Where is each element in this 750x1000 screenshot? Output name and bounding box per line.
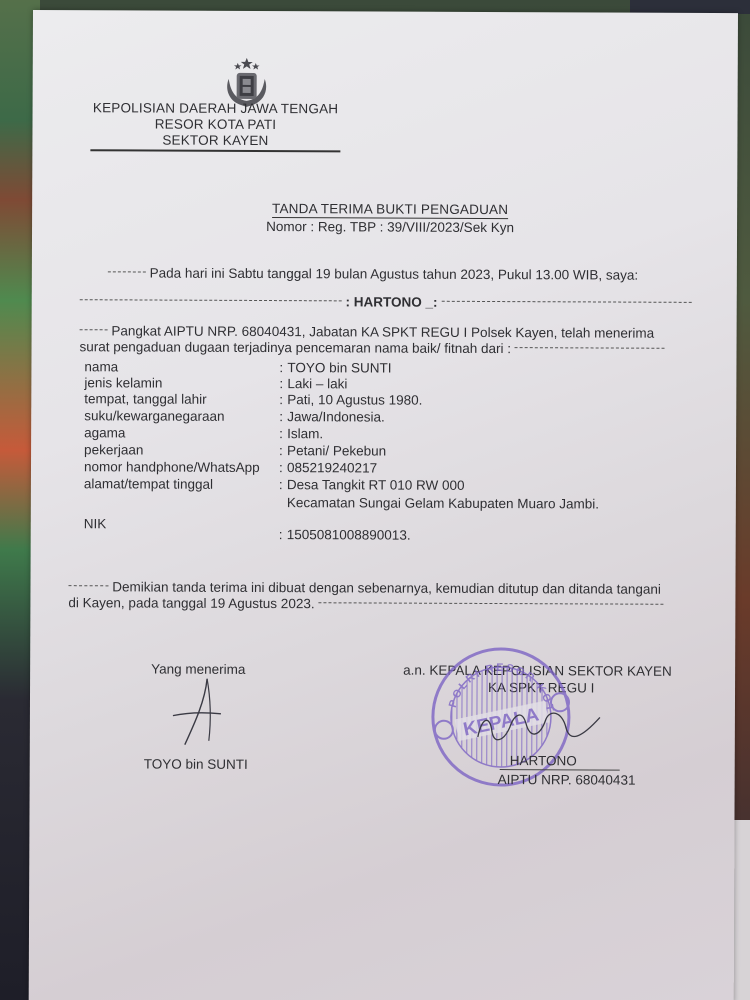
field-value: Pati, 10 Agustus 1980. — [287, 392, 422, 408]
officer-signature — [470, 697, 610, 758]
field-colon: : — [279, 376, 283, 391]
officer-nrp: AIPTU NRP. 68040431 — [498, 772, 636, 788]
dash-leader — [441, 301, 691, 303]
letterhead-line1: KEPOLISIAN DAERAH JAWA TENGAH — [91, 100, 341, 116]
field-colon: : — [279, 477, 283, 492]
field-label: NIK — [84, 516, 107, 531]
field-label: alamat/tempat tinggal — [84, 476, 213, 492]
receiver-name: TOYO bin SUNTI — [144, 756, 248, 771]
officer-name-line: : HARTONO _: — [80, 293, 692, 311]
dash-leader — [515, 347, 665, 349]
field-value: Laki – laki — [287, 376, 347, 391]
letterhead-line2: RESOR KOTA PATI — [90, 116, 340, 132]
closing-text-1: Demikian tanda terima ini dibuat dengan … — [112, 579, 661, 596]
field-value: Jawa/Indonesia. — [287, 409, 385, 424]
dash-leader — [68, 585, 108, 586]
field-label: nomor handphone/WhatsApp — [84, 459, 260, 475]
closing-text-2: di Kayen, pada tanggal 19 Agustus 2023. — [68, 595, 314, 611]
field-colon: : — [279, 460, 283, 475]
field-label: nama — [84, 359, 118, 374]
field-label: pekerjaan — [84, 442, 143, 457]
letterhead-rule — [90, 149, 340, 152]
field-colon: : — [279, 443, 283, 458]
rank-line-1: Pangkat AIPTU NRP. 68040431, Jabatan KA … — [80, 323, 655, 341]
field-colon: : — [279, 392, 283, 407]
field-label: suku/kewarganegaraan — [84, 408, 224, 424]
field-value-continued: Kecamatan Sungai Gelam Kabupaten Muaro J… — [287, 495, 599, 511]
document-number: Nomor : Reg. TBP : 39/VIII/2023/Sek Kyn — [260, 219, 520, 235]
officer-name-text: : HARTONO _: — [345, 294, 437, 309]
closing-line-1: Demikian tanda terima ini dibuat dengan … — [68, 579, 660, 597]
field-label: agama — [84, 425, 125, 440]
field-label: jenis kelamin — [84, 375, 162, 390]
field-value: TOYO bin SUNTI — [287, 360, 391, 375]
field-value: Desa Tangkit RT 010 RW 000 — [287, 477, 465, 493]
dash-leader — [80, 329, 108, 330]
field-colon: : — [279, 409, 283, 424]
letterhead-line3: SEKTOR KAYEN — [90, 132, 340, 148]
document-title-block: TANDA TERIMA BUKTI PENGADUAN Nomor : Reg… — [260, 200, 520, 235]
dash-leader — [80, 299, 342, 301]
rank-text-2: surat pengaduan dugaan terjadinya pencem… — [79, 339, 511, 356]
document-paper: KEPOLISIAN DAERAH JAWA TENGAH RESOR KOTA… — [29, 10, 738, 1000]
closing-line-2: di Kayen, pada tanggal 19 Agustus 2023. — [68, 595, 663, 613]
field-colon: : — [279, 360, 283, 375]
receiver-signature — [165, 671, 235, 751]
field-value: 085219240217 — [287, 460, 377, 475]
field-value: Islam. — [287, 426, 323, 441]
dash-leader — [318, 602, 663, 605]
field-colon: : — [279, 426, 283, 441]
dash-leader — [108, 271, 146, 272]
opening-intro-line: Pada hari ini Sabtu tanggal 19 bulan Agu… — [108, 265, 638, 282]
field-value: Petani/ Pekebun — [287, 443, 386, 458]
officer-name: HARTONO — [510, 753, 577, 768]
field-colon: : — [279, 527, 283, 542]
opening-intro: Pada hari ini Sabtu tanggal 19 bulan Agu… — [150, 266, 639, 283]
rank-line-2: surat pengaduan dugaan terjadinya pencem… — [79, 339, 664, 357]
field-label: tempat, tanggal lahir — [84, 391, 206, 407]
rank-text-1: Pangkat AIPTU NRP. 68040431, Jabatan KA … — [111, 323, 654, 340]
document-title: TANDA TERIMA BUKTI PENGADUAN — [272, 201, 508, 219]
field-value: 1505081008890013. — [287, 527, 411, 543]
